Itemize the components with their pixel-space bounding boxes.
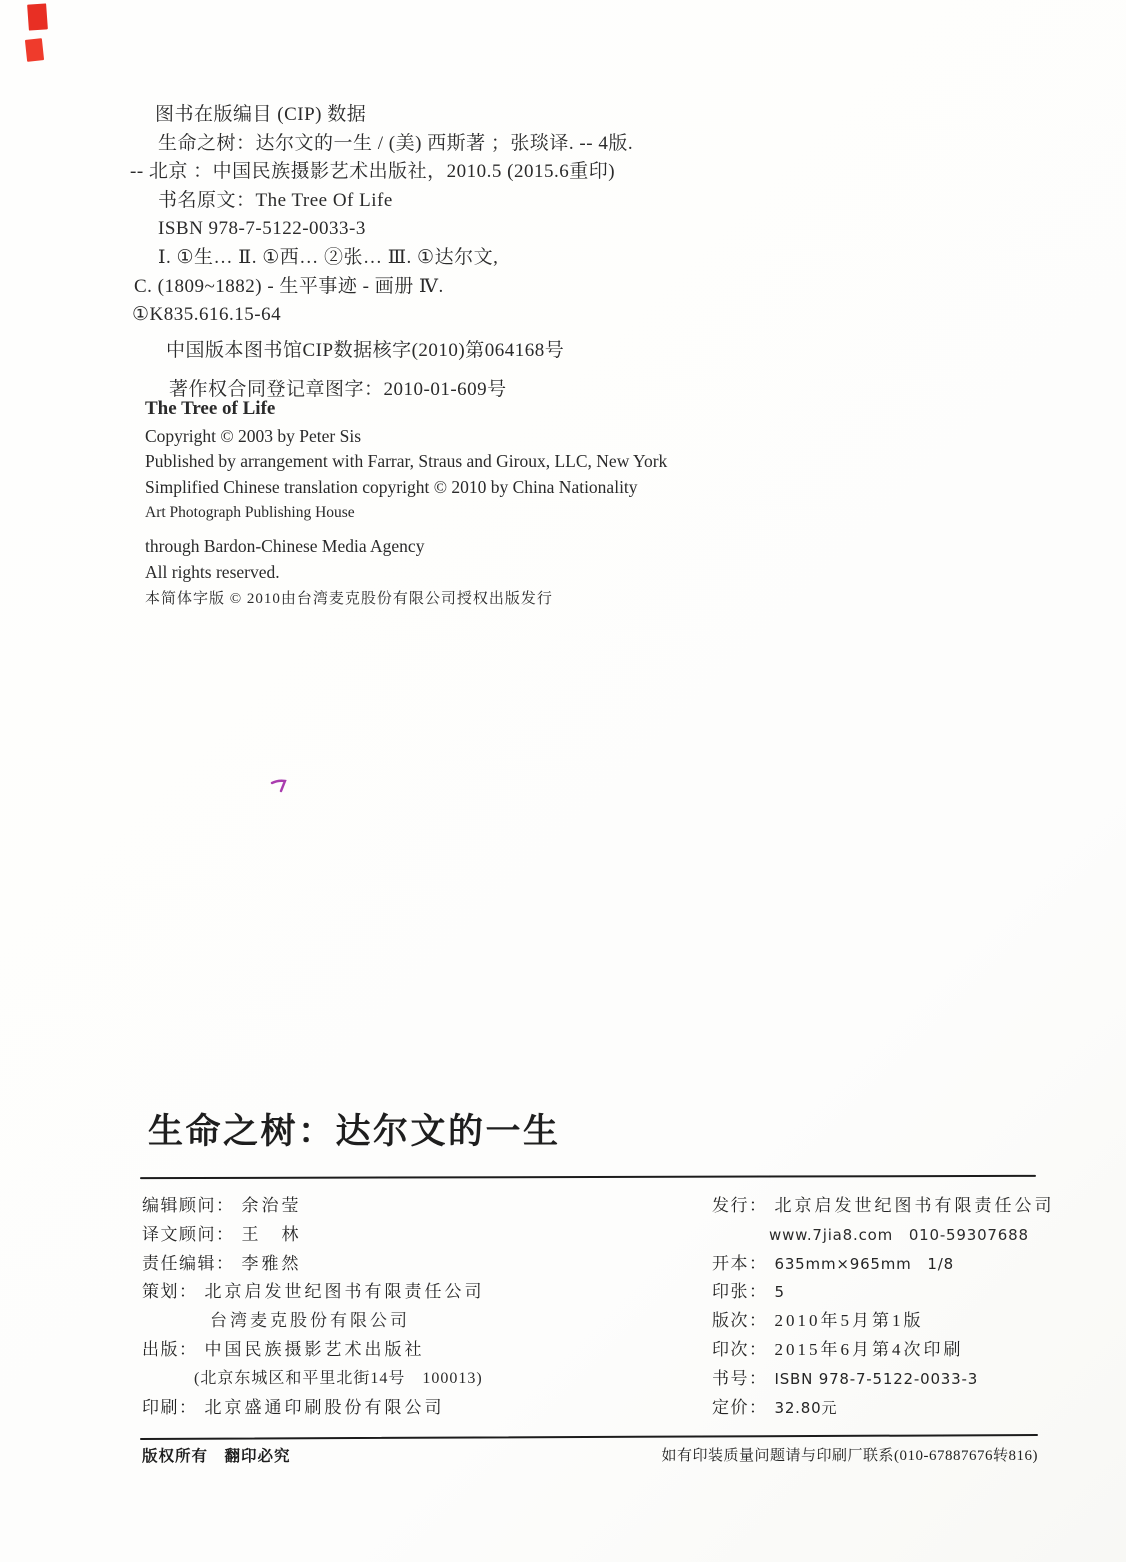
scanned-copyright-page: 图书在版编目 (CIP) 数据 生命之树：达尔文的一生 / (美) 西斯著 ；张…: [0, 0, 1126, 1562]
info-label: 定价：: [712, 1398, 768, 1417]
publication-info-right-column: 发行：北京启发世纪图书有限责任公司 www.7jia8.com 010-5930…: [712, 1192, 1055, 1422]
info-row-distributor: 发行：北京启发世纪图书有限责任公司: [712, 1192, 1055, 1221]
info-label: 策划：: [142, 1282, 198, 1301]
info-value: 余治莹: [242, 1196, 302, 1215]
cip-line-call-number: ①K835.616.15-64: [130, 301, 730, 330]
info-value: 635mm×965mm 1/8: [775, 1255, 954, 1273]
cip-line-title: 生命之树：达尔文的一生 / (美) 西斯著 ；张琰译. -- 4版.: [130, 130, 730, 159]
info-value: 北京盛通印刷股份有限公司: [205, 1398, 445, 1417]
copyright-line-holder: Copyright © 2003 by Peter Sis: [145, 424, 745, 450]
info-value: 中国民族摄影艺术出版社: [205, 1340, 425, 1359]
info-value: 北京启发世纪图书有限责任公司: [205, 1282, 485, 1301]
cip-line-isbn: ISBN 978-7-5122-0033-3: [130, 215, 730, 244]
info-value: 32.80元: [775, 1399, 838, 1417]
info-row-edition: 版次：2010年5月第1版: [712, 1307, 1055, 1336]
info-row-price: 定价：32.80元: [712, 1394, 1055, 1423]
info-row-translation-consultant: 译文顾问：王 林: [142, 1221, 712, 1250]
info-label: 出版：: [142, 1340, 198, 1359]
info-row-format: 开本：635mm×965mm 1/8: [712, 1250, 1055, 1279]
info-label: 印刷：: [142, 1398, 198, 1417]
copyright-line-translation: Simplified Chinese translation copyright…: [145, 475, 745, 501]
info-row-isbn: 书号：ISBN 978-7-5122-0033-3: [712, 1365, 1055, 1394]
info-label: 印张：: [712, 1282, 768, 1301]
info-value: 李雅然: [242, 1254, 302, 1273]
info-value: 2015年6月第4次印刷: [775, 1340, 964, 1359]
info-row-planning: 策划：北京启发世纪图书有限责任公司: [142, 1278, 712, 1307]
cip-line-publisher: -- 北京 ：中国民族摄影艺术出版社，2010.5 (2015.6重印): [130, 158, 730, 187]
info-label: 印次：: [712, 1340, 768, 1359]
info-row-printer: 印刷：北京盛通印刷股份有限公司: [142, 1394, 712, 1423]
copyright-notice: 版权所有 翻印必究: [142, 1444, 291, 1466]
scan-artifact-pen-mark: [270, 778, 290, 794]
info-row-publisher: 出版：中国民族摄影艺术出版社: [142, 1336, 712, 1365]
english-copyright-block: The Tree of Life Copyright © 2003 by Pet…: [145, 396, 745, 613]
scan-artifact-red-mark-top: [27, 3, 48, 30]
copyright-line-rights: All rights reserved.: [145, 560, 745, 586]
copyright-line-arrangement: Published by arrangement with Farrar, St…: [145, 449, 745, 475]
copyright-line-publishing-house: Art Photograph Publishing House: [145, 500, 745, 526]
footer-row: 版权所有 翻印必究 如有印装质量问题请与印刷厂联系(010-67887676转8…: [142, 1444, 1038, 1466]
copyright-line-agency: through Bardon-Chinese Media Agency: [145, 534, 745, 560]
cip-line-classification-2: C. (1809~1882) - 生平事迹 - 画册 Ⅳ.: [130, 273, 730, 302]
info-label: 发行：: [712, 1196, 768, 1215]
info-value: 王 林: [242, 1225, 302, 1244]
info-value: 2010年5月第1版: [775, 1311, 924, 1330]
info-label: 译文顾问：: [142, 1225, 235, 1244]
info-value: 5: [775, 1283, 785, 1301]
book-title: 生命之树：达尔文的一生: [148, 1104, 561, 1154]
copyright-line-simplified-edition: 本简体字版 © 2010由台湾麦克股份有限公司授权出版发行: [145, 587, 745, 613]
divider-rule-top: [140, 1175, 1036, 1179]
divider-rule-bottom: [140, 1434, 1038, 1440]
cip-line-classification-1: Ⅰ. ①生… Ⅱ. ①西… ②张… Ⅲ. ①达尔文,: [130, 244, 730, 273]
cip-block: 图书在版编目 (CIP) 数据 生命之树：达尔文的一生 / (美) 西斯著 ；张…: [130, 101, 730, 405]
info-value: 北京启发世纪图书有限责任公司: [775, 1196, 1055, 1215]
cip-line-original-title: 书名原文：The Tree Of Life: [130, 187, 730, 216]
info-row-responsible-editor: 责任编辑：李雅然: [142, 1250, 712, 1279]
info-value: ISBN 978-7-5122-0033-3: [775, 1370, 979, 1388]
info-row-publisher-address: (北京东城区和平里北街14号 100013): [142, 1365, 712, 1394]
info-label: 书号：: [712, 1369, 768, 1388]
info-row-distributor-contact: www.7jia8.com 010-59307688: [712, 1221, 1055, 1250]
info-label: 责任编辑：: [142, 1254, 235, 1273]
info-row-impression: 印次：2015年6月第4次印刷: [712, 1336, 1055, 1365]
info-label: 开本：: [712, 1254, 768, 1273]
original-title: The Tree of Life: [145, 396, 745, 422]
scan-artifact-red-mark-bottom: [25, 38, 44, 62]
publication-info-left-column: 编辑顾问：余治莹 译文顾问：王 林 责任编辑：李雅然 策划：北京启发世纪图书有限…: [142, 1192, 712, 1422]
info-row-editorial-consultant: 编辑顾问：余治莹: [142, 1192, 712, 1221]
publication-info: 编辑顾问：余治莹 译文顾问：王 林 责任编辑：李雅然 策划：北京启发世纪图书有限…: [142, 1192, 1038, 1422]
printing-quality-notice: 如有印装质量问题请与印刷厂联系(010-67887676转816): [662, 1444, 1039, 1465]
cip-heading: 图书在版编目 (CIP) 数据: [130, 101, 730, 130]
info-row-planning-continued: 台湾麦克股份有限公司: [142, 1307, 712, 1336]
info-label: 版次：: [712, 1311, 768, 1330]
cip-registry-number: 中国版本图书馆CIP数据核字(2010)第064168号: [130, 337, 730, 366]
info-label: 编辑顾问：: [142, 1196, 235, 1215]
info-row-sheets: 印张：5: [712, 1278, 1055, 1307]
